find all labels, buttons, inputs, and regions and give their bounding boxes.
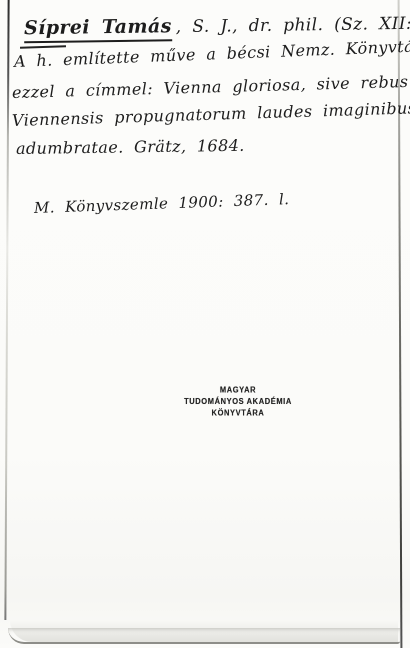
library-stamp: MAGYAR TUDOMÁNYOS AKADÉMIA KÖNYVTÁRA [178, 384, 298, 419]
stamp-line-1: MAGYAR [178, 384, 298, 396]
handwritten-note-line-5: adumbratae. Grätz, 1684. [16, 136, 245, 158]
author-name: Síprei Tamás [24, 15, 172, 43]
author-qualifiers: , S. J., dr. phil. (Sz. XII: 940. l.) [176, 13, 410, 37]
scanned-card: Síprei Tamás, S. J., dr. phil. (Sz. XII:… [0, 0, 410, 648]
card-edge-bottom [8, 628, 400, 644]
stamp-line-2: TUDOMÁNYOS AKADÉMIA [178, 396, 298, 408]
stamp-line-3: KÖNYVTÁRA [178, 407, 298, 419]
